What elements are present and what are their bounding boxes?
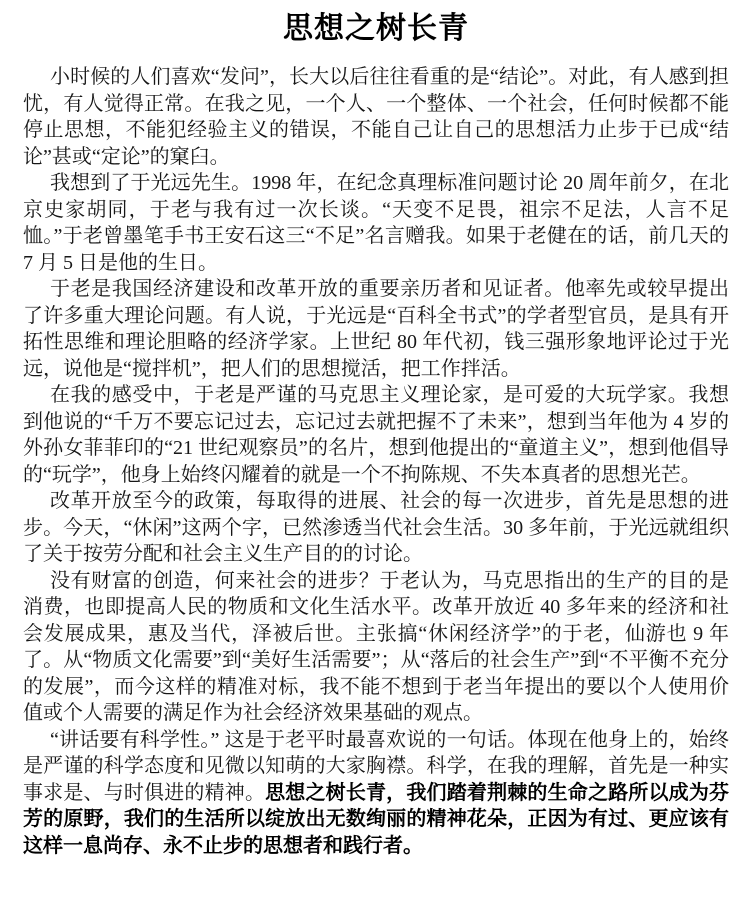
article-body: 小时候的人们喜欢“发问”，长大以后往往看重的是“结论”。对此，有人感到担忧，有人… [23, 64, 729, 859]
paragraph-text: 我想到了于光远先生。1998 年，在纪念真理标准问题讨论 20 周年前夕，在北京… [23, 172, 729, 274]
paragraph: 没有财富的创造，何来社会的进步？于老认为，马克思指出的生产的目的是消费，也即提高… [23, 568, 729, 727]
paragraph-text: 没有财富的创造，何来社会的进步？于老认为，马克思指出的生产的目的是消费，也即提高… [23, 570, 729, 725]
document-page: 思想之树长青 小时候的人们喜欢“发问”，长大以后往往看重的是“结论”。对此，有人… [0, 0, 750, 902]
article-title: 思想之树长青 [23, 10, 729, 48]
paragraph-text: 改革开放至今的政策，每取得的进展、社会的每一次进步，首先是思想的进步。今天，“休… [23, 490, 729, 565]
paragraph: 小时候的人们喜欢“发问”，长大以后往往看重的是“结论”。对此，有人感到担忧，有人… [23, 64, 729, 170]
paragraph: 于老是我国经济建设和改革开放的重要亲历者和见证者。他率先或较早提出了许多重大理论… [23, 276, 729, 382]
paragraph: 我想到了于光远先生。1998 年，在纪念真理标准问题讨论 20 周年前夕，在北京… [23, 170, 729, 276]
paragraph-text: 在我的感受中，于老是严谨的马克思主义理论家，是可爱的大玩学家。我想到他说的“千万… [23, 384, 729, 486]
paragraph: “讲话要有科学性。” 这是于老平时最喜欢说的一句话。体现在他身上的，始终是严谨的… [23, 727, 729, 860]
paragraph-text: 小时候的人们喜欢“发问”，长大以后往往看重的是“结论”。对此，有人感到担忧，有人… [23, 66, 729, 168]
paragraph: 改革开放至今的政策，每取得的进展、社会的每一次进步，首先是思想的进步。今天，“休… [23, 488, 729, 568]
paragraph: 在我的感受中，于老是严谨的马克思主义理论家，是可爱的大玩学家。我想到他说的“千万… [23, 382, 729, 488]
paragraph-text: 于老是我国经济建设和改革开放的重要亲历者和见证者。他率先或较早提出了许多重大理论… [23, 278, 729, 380]
